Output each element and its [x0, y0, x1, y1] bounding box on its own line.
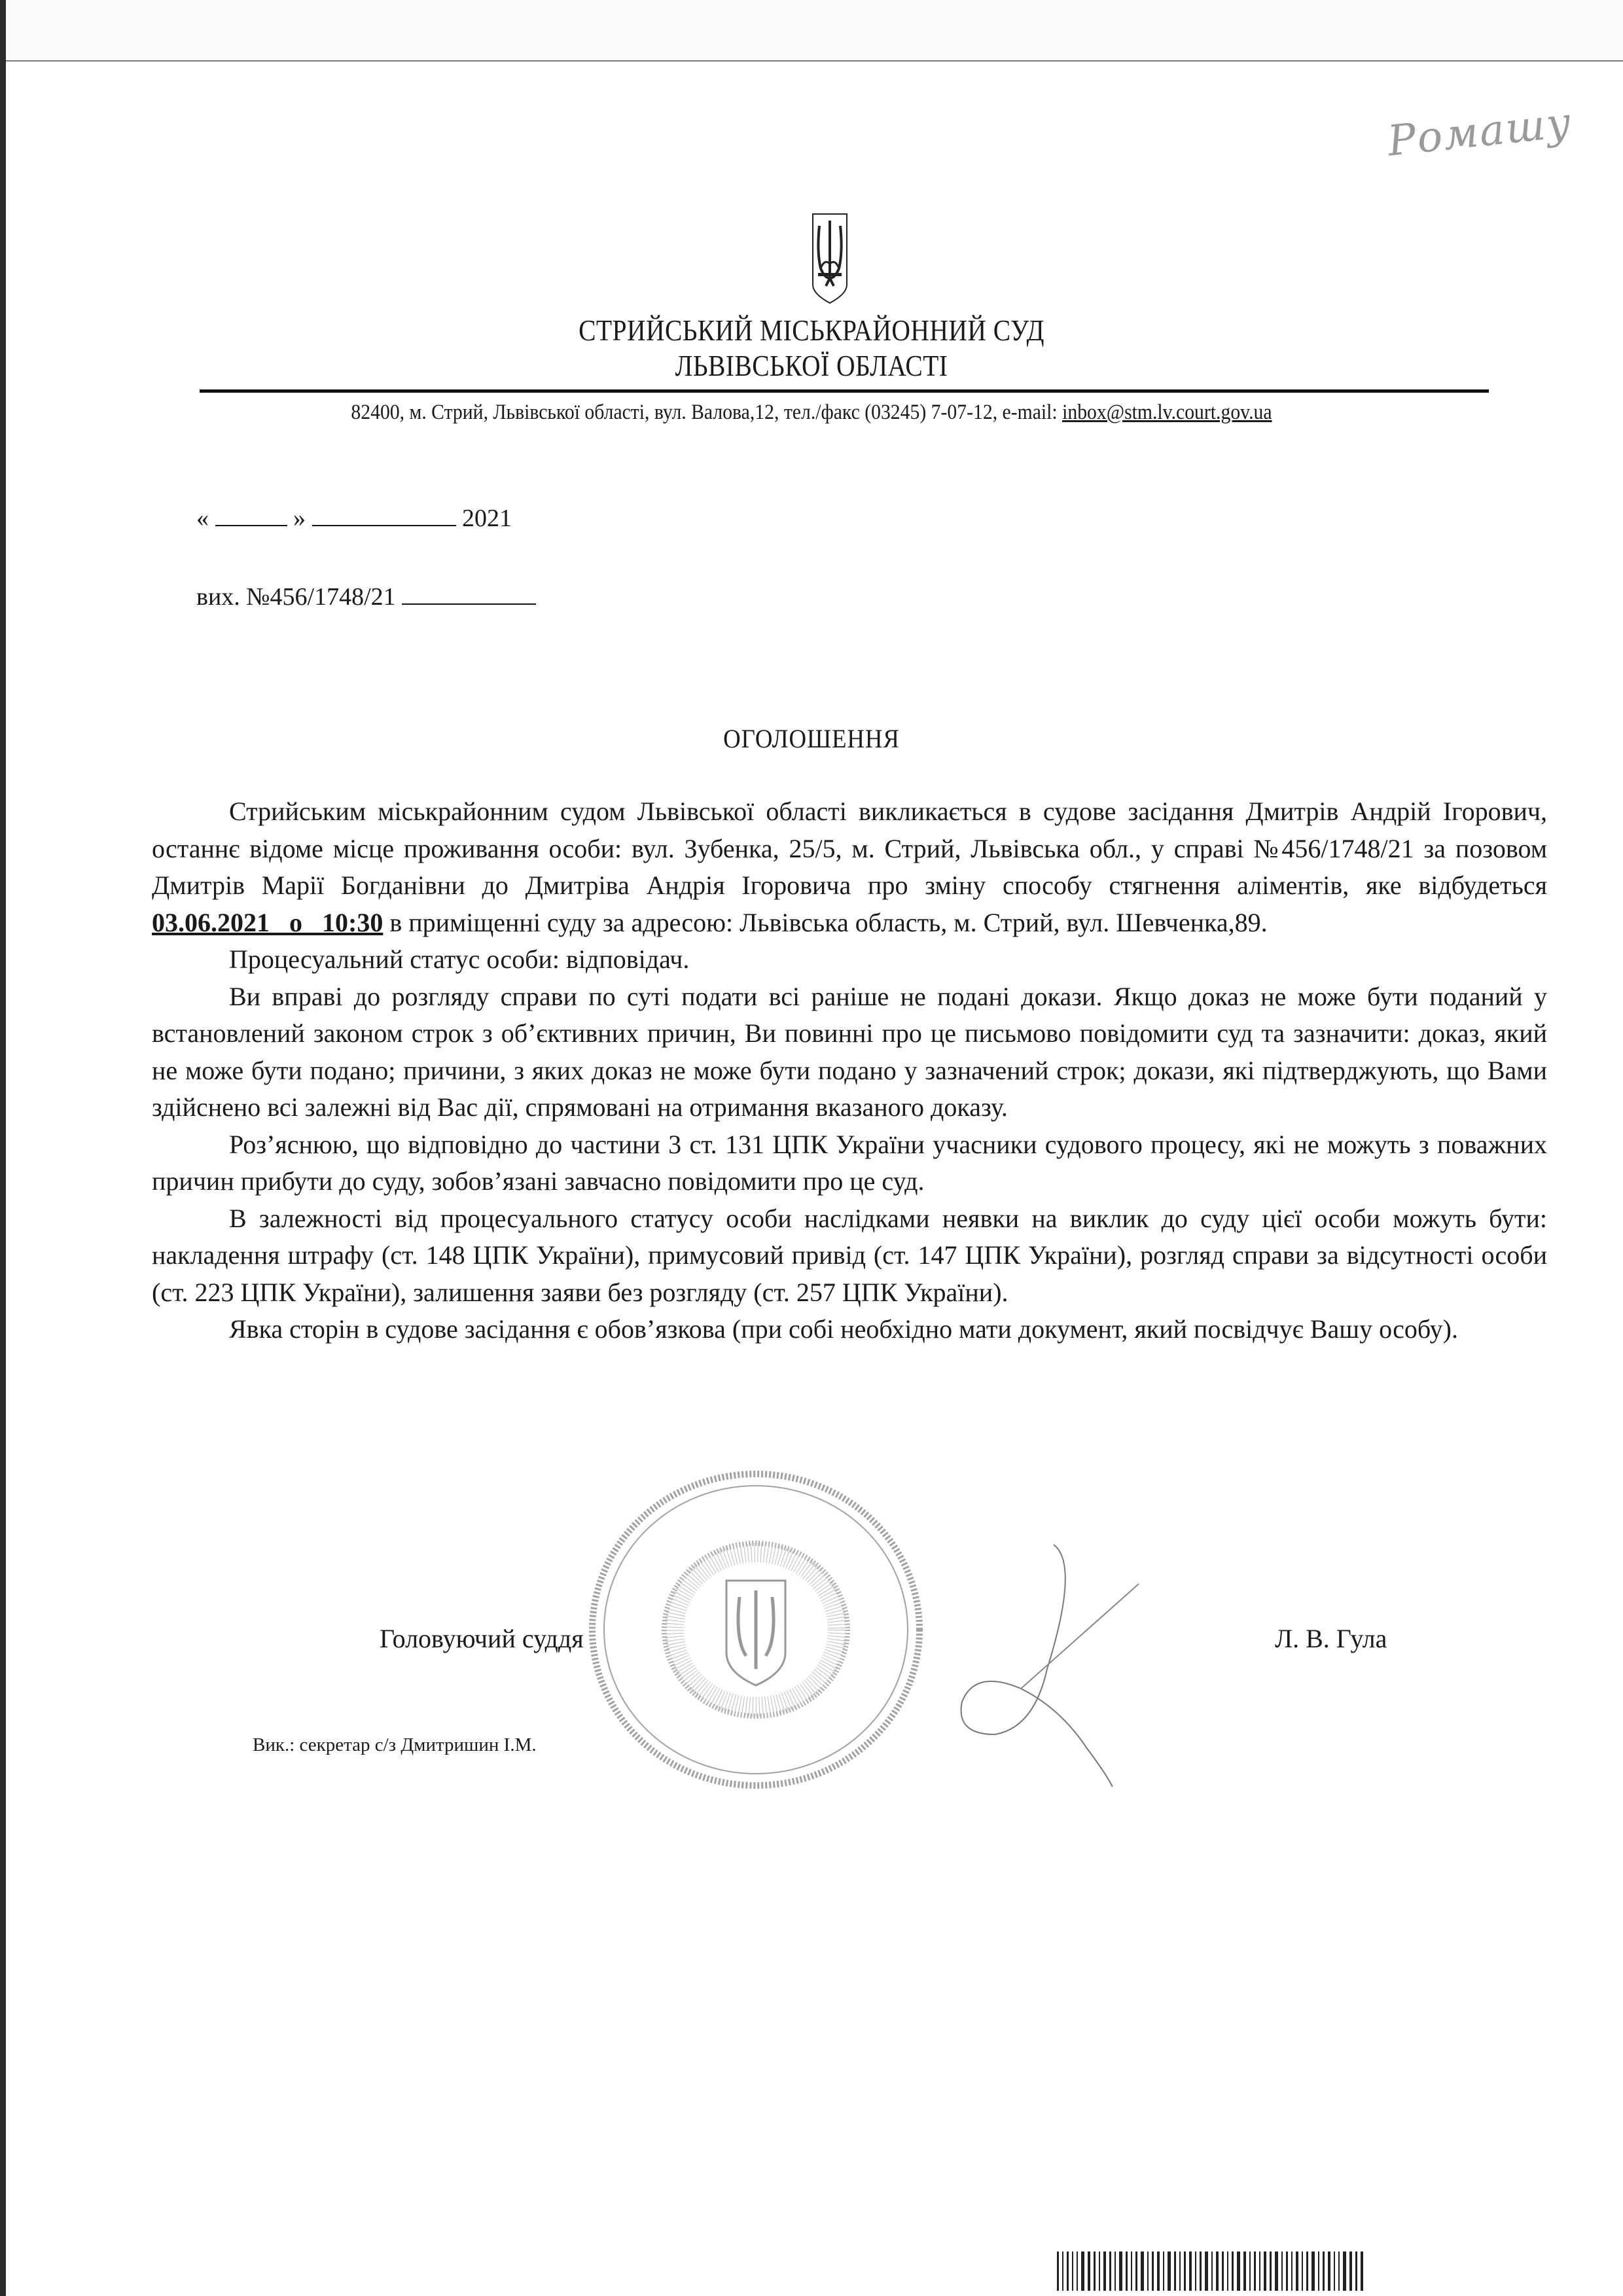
signatory-name: Л. В. Гула	[1275, 1623, 1387, 1654]
barcode	[1057, 2251, 1554, 2291]
scan-edge	[0, 0, 6, 2296]
court-name: СТРИЙСЬКИЙ МІСЬКРАЙОННИЙ СУД	[114, 313, 1510, 348]
handwritten-signature	[916, 1538, 1178, 1787]
outgoing-number-blank	[402, 583, 536, 605]
summons-text: Стрийським міськрайонним судом Львівсько…	[152, 797, 1547, 900]
paragraph-status: Процесуальний статус особи: відповідач.	[152, 941, 1547, 978]
notice-body: Стрийським міськрайонним судом Львівсько…	[152, 793, 1547, 1348]
date-line: « » 2021	[196, 504, 512, 533]
executor-note: Вик.: секретар с/з Дмитришин І.М.	[253, 1734, 537, 1756]
summons-location: в приміщенні суду за адресою: Львівська …	[383, 908, 1267, 937]
close-quote: »	[293, 505, 306, 532]
court-seal-stamp	[586, 1469, 926, 1790]
month-blank	[312, 504, 456, 526]
paragraph-attendance: Явка сторін в судове засідання є обов’яз…	[152, 1311, 1547, 1348]
scan-top-strip	[6, 0, 1623, 62]
signatory-title: Головуючий суддя	[380, 1623, 584, 1654]
paragraph-summons: Стрийським міськрайонним судом Львівсько…	[152, 793, 1547, 941]
paragraph-consequences: В залежності від процесуального статусу …	[152, 1200, 1547, 1312]
court-address: 82400, м. Стрий, Львівської області, вул…	[81, 401, 1542, 425]
email-link[interactable]: inbox@stm.lv.court.gov.ua	[1062, 401, 1272, 424]
trident-coat-of-arms-icon	[811, 213, 848, 304]
outgoing-number-line: вих. №456/1748/21	[196, 583, 536, 611]
outgoing-number: вих. №456/1748/21	[196, 583, 396, 611]
paragraph-notice-duty: Роз’яснюю, що відповідно до частини 3 ст…	[152, 1126, 1547, 1200]
address-text: 82400, м. Стрий, Львівської області, вул…	[351, 401, 1062, 424]
year: 2021	[462, 505, 512, 532]
court-region: ЛЬВІВСЬКОЇ ОБЛАСТІ	[114, 348, 1510, 383]
hearing-datetime: 03.06.2021 о 10:30	[152, 908, 383, 937]
header-divider	[200, 389, 1489, 393]
paragraph-evidence: Ви вправі до розгляду справи по суті под…	[152, 978, 1547, 1126]
document-title: ОГОЛОШЕННЯ	[65, 723, 1558, 754]
open-quote: «	[196, 505, 209, 532]
day-blank	[215, 504, 287, 526]
